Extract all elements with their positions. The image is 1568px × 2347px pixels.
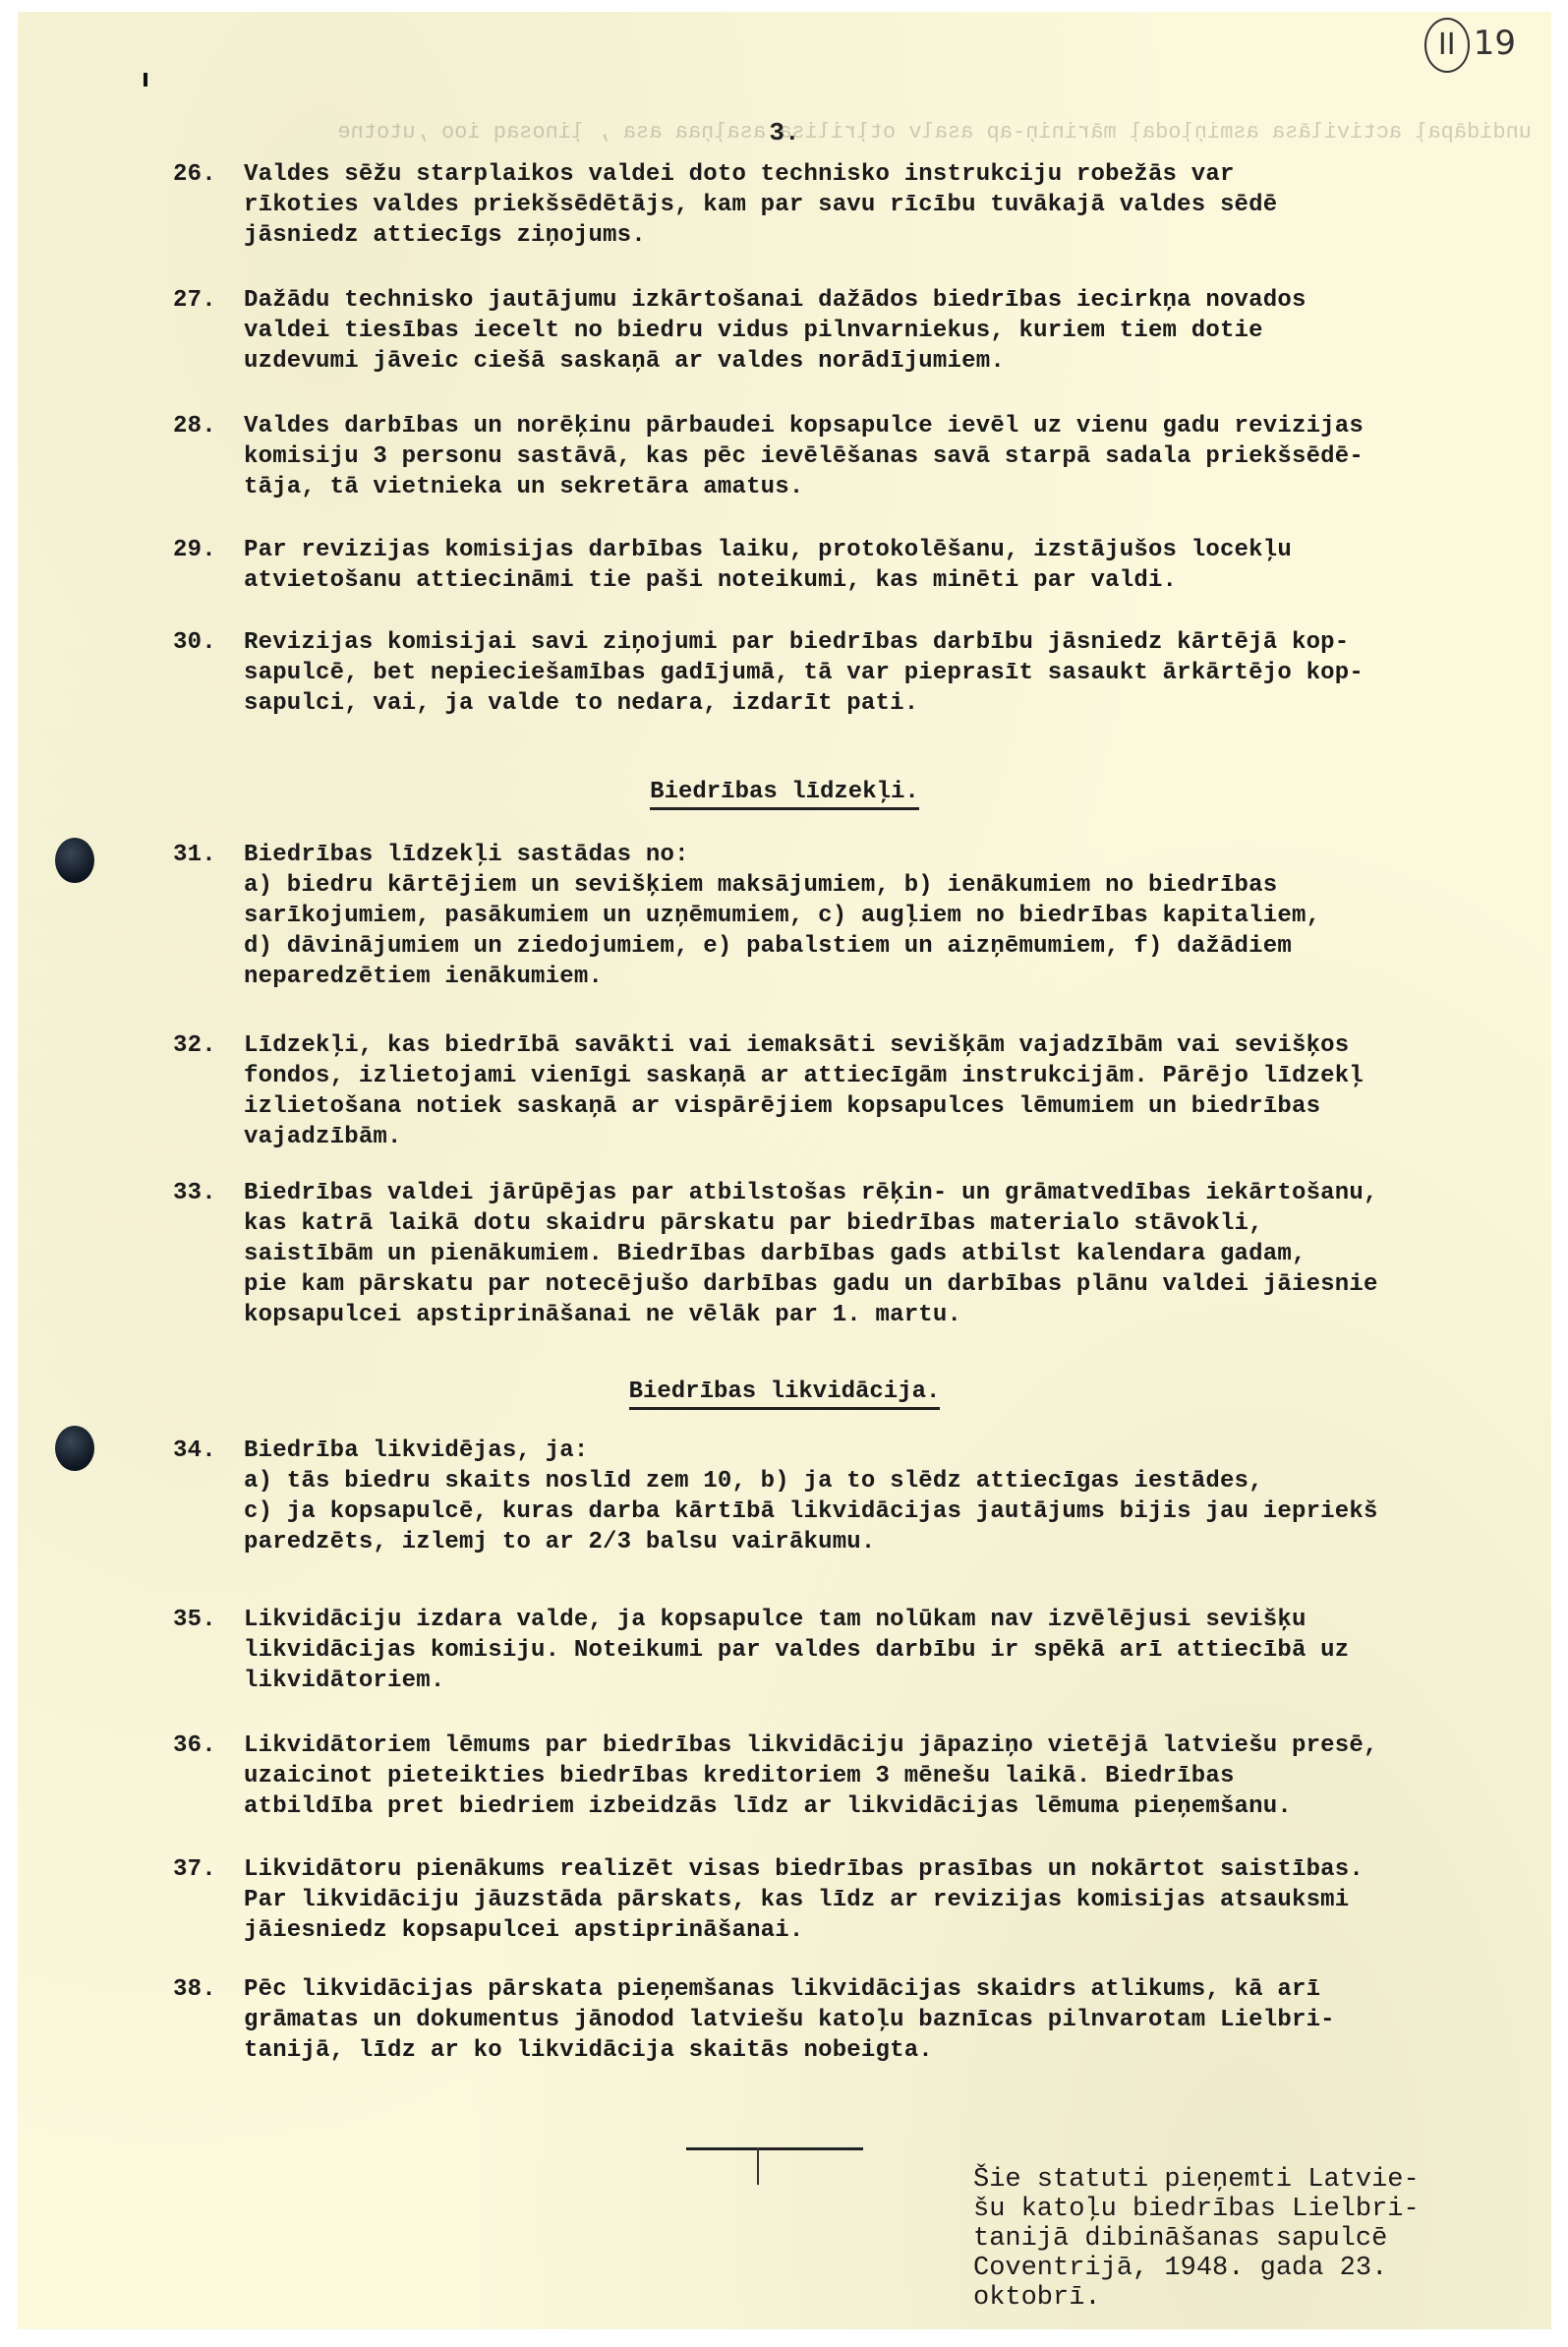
article-number: 37. <box>173 1854 244 1946</box>
article-number: 29. <box>173 535 244 596</box>
article-29: 29. Par revizijas komisijas darbības lai… <box>173 535 1549 596</box>
article-text: Valdes darbības un norēķinu pārbaudei ko… <box>244 411 1549 502</box>
section-heading-liquidation: Biedrības likvidācija. <box>18 1379 1551 1405</box>
punch-hole <box>55 1426 94 1471</box>
article-text: Likvidāciju izdara valde, ja kopsapulce … <box>244 1605 1549 1696</box>
margin-mark <box>144 73 147 87</box>
article-text: Līdzekļi, kas biedrībā savākti vai iemak… <box>244 1030 1549 1152</box>
article-33: 33. Biedrības valdei jārūpējas par atbil… <box>173 1178 1549 1330</box>
article-37: 37. Likvidātoru pienākums realizēt visas… <box>173 1854 1549 1946</box>
article-number: 30. <box>173 627 244 719</box>
article-26: 26. Valdes sēžu starplaikos valdei doto … <box>173 159 1549 251</box>
section-heading-funds: Biedrības līdzekļi. <box>18 779 1551 805</box>
divider-tick <box>757 2147 759 2185</box>
page-number: 3. <box>18 118 1551 147</box>
article-text: Biedrība likvidējas, ja: a) tās biedru s… <box>244 1436 1549 1557</box>
divider-line <box>686 2147 863 2150</box>
article-34: 34. Biedrība likvidējas, ja: a) tās bied… <box>173 1436 1549 1557</box>
folio-number: 19 <box>1474 24 1516 63</box>
article-32: 32. Līdzekļi, kas biedrībā savākti vai i… <box>173 1030 1549 1152</box>
article-number: 36. <box>173 1731 244 1822</box>
article-text: Likvidātoru pienākums realizēt visas bie… <box>244 1854 1549 1946</box>
article-number: 35. <box>173 1605 244 1696</box>
article-38: 38. Pēc likvidācijas pārskata pieņemšana… <box>173 1974 1549 2066</box>
article-31: 31. Biedrības līdzekļi sastādas no: a) b… <box>173 840 1549 992</box>
article-30: 30. Revizijas komisijai savi ziņojumi pa… <box>173 627 1549 719</box>
article-number: 27. <box>173 285 244 377</box>
archive-folio-mark: II19 <box>1424 18 1516 73</box>
article-number: 38. <box>173 1974 244 2066</box>
article-number: 26. <box>173 159 244 251</box>
article-text: Pēc likvidācijas pārskata pieņemšanas li… <box>244 1974 1549 2066</box>
article-text: Biedrības valdei jārūpējas par atbilstoš… <box>244 1178 1549 1330</box>
article-number: 31. <box>173 840 244 992</box>
article-text: Par revizijas komisijas darbības laiku, … <box>244 535 1549 596</box>
article-number: 32. <box>173 1030 244 1152</box>
article-text: Revizijas komisijai savi ziņojumi par bi… <box>244 627 1549 719</box>
circled-mark: II <box>1424 18 1470 73</box>
article-text: Dažādu technisko jautājumu izkārtošanai … <box>244 285 1549 377</box>
article-number: 34. <box>173 1436 244 1557</box>
article-36: 36. Likvidātoriem lēmums par biedrības l… <box>173 1731 1549 1822</box>
article-35: 35. Likvidāciju izdara valde, ja kopsapu… <box>173 1605 1549 1696</box>
article-number: 28. <box>173 411 244 502</box>
document-page: II19 undidāpaļ activilāsa asmiņļodaļ mār… <box>18 12 1551 2329</box>
article-number: 33. <box>173 1178 244 1330</box>
article-27: 27. Dažādu technisko jautājumu izkārtoša… <box>173 285 1549 377</box>
article-text: Likvidātoriem lēmums par biedrības likvi… <box>244 1731 1549 1822</box>
punch-hole <box>55 838 94 883</box>
article-text: Biedrības līdzekļi sastādas no: a) biedr… <box>244 840 1549 992</box>
article-28: 28. Valdes darbības un norēķinu pārbaude… <box>173 411 1549 502</box>
article-text: Valdes sēžu starplaikos valdei doto tech… <box>244 159 1549 251</box>
adoption-note: Šie statuti pieņemti Latvie- šu katoļu b… <box>973 2165 1524 2313</box>
